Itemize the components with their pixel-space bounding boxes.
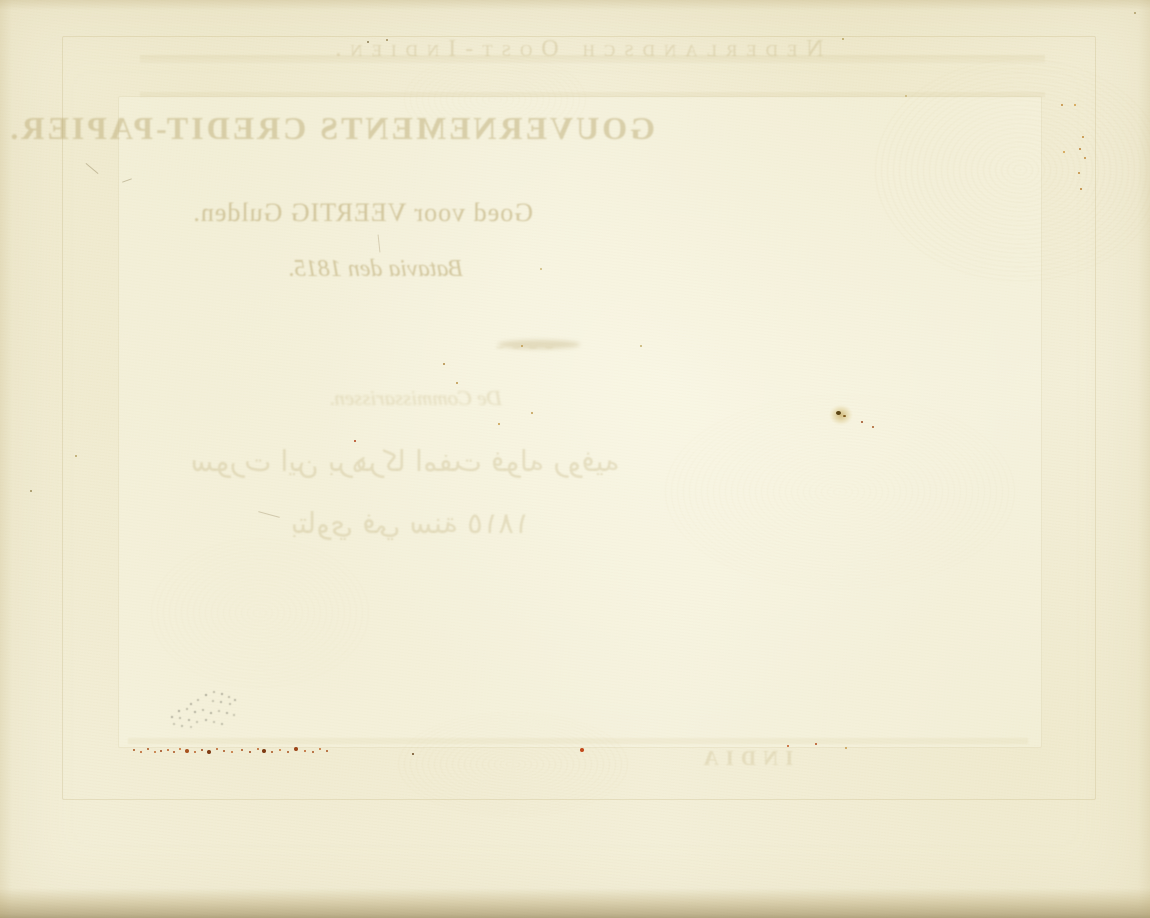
embossed-inner-panel <box>118 96 1042 748</box>
banknote-reverse-scan: Nederlandsch Oost-Indien. GOUVERNEMENTS … <box>0 0 1150 918</box>
paper-edge-right <box>1138 0 1150 918</box>
paper-edge-left <box>0 0 12 918</box>
foxing-stain-core <box>836 411 841 415</box>
paper-edge-top <box>0 0 1150 10</box>
faint-ink-smear <box>498 340 580 349</box>
paper-edge-bottom <box>0 888 1150 918</box>
